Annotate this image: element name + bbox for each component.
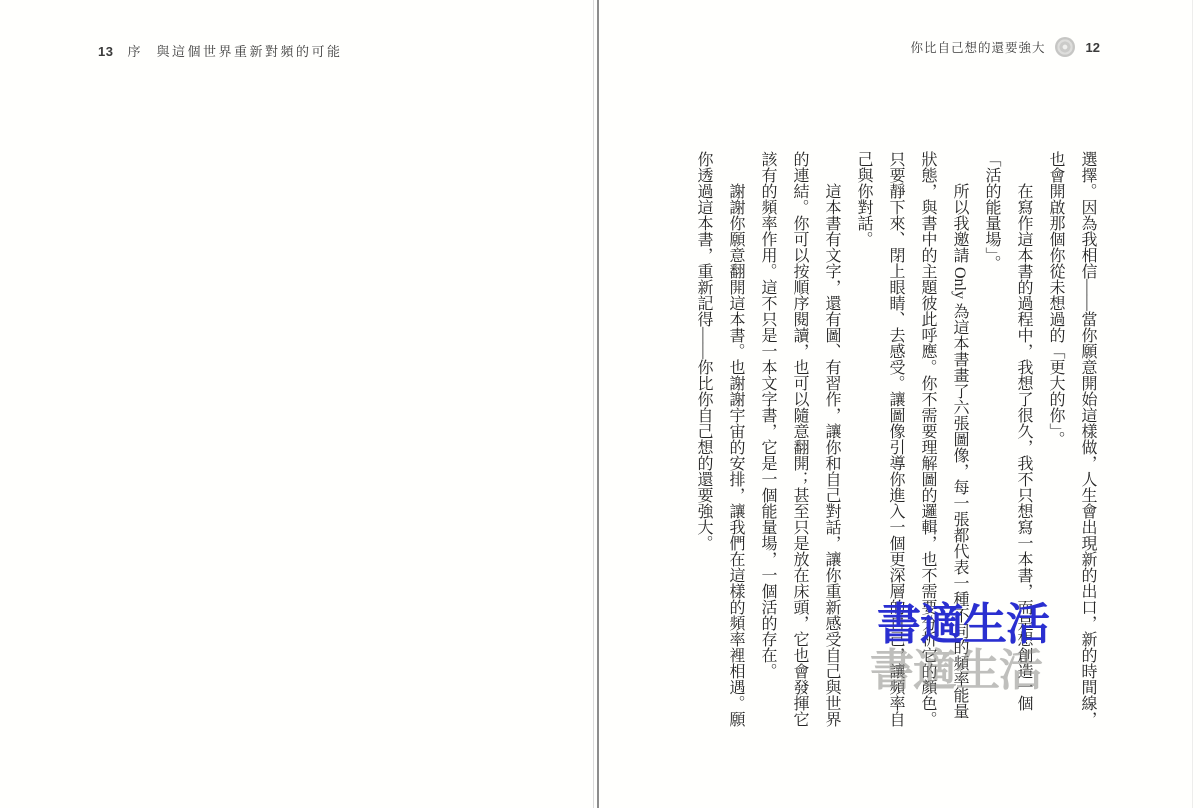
paragraph: 選擇。因為我相信——當你願意開始這樣做，人生會出現新的出口，新的時間線，也會開啟… <box>1039 151 1103 729</box>
spine-divider-light <box>593 0 594 808</box>
left-page-header: 13 序 與這個世界重新對頻的可能 <box>98 41 343 60</box>
right-page-header: 你比自己想的還要強大 12 <box>911 37 1100 57</box>
medallion-icon <box>1055 37 1075 57</box>
left-section-label: 序 <box>127 41 140 60</box>
paragraph: 這本書有文字，還有圖、有習作，讓你和自己對話，讓你重新感受自己與世界的連結。你可… <box>751 151 847 729</box>
paragraph: 在寫作這本書的過程中，我想了很久，我不只想寫一本書，而是想創造一個「活的能量場」… <box>975 151 1039 729</box>
right-running-title: 你比自己想的還要強大 <box>911 38 1046 56</box>
paragraph: 所以我邀請 Only 為這本書畫了六張圖像，每一張都代表一種不同的頻率能量狀態，… <box>847 151 975 729</box>
page-edge-line <box>1192 0 1193 808</box>
paragraph: 謝謝你願意翻開這本書。也謝謝宇宙的安排，讓我們在這樣的頻率裡相遇。願你透過這本書… <box>687 151 751 729</box>
body-text: 選擇。因為我相信——當你願意開始這樣做，人生會出現新的出口，新的時間線，也會開啟… <box>687 151 1103 729</box>
left-running-title: 與這個世界重新對頻的可能 <box>156 41 342 60</box>
right-page-number: 12 <box>1086 40 1100 55</box>
left-page-number: 13 <box>98 44 113 59</box>
left-page: 13 序 與這個世界重新對頻的可能 <box>0 0 593 808</box>
spine-divider <box>597 0 599 808</box>
book-spread: 13 序 與這個世界重新對頻的可能 你比自己想的還要強大 12 選擇。因為我相信… <box>0 0 1200 808</box>
